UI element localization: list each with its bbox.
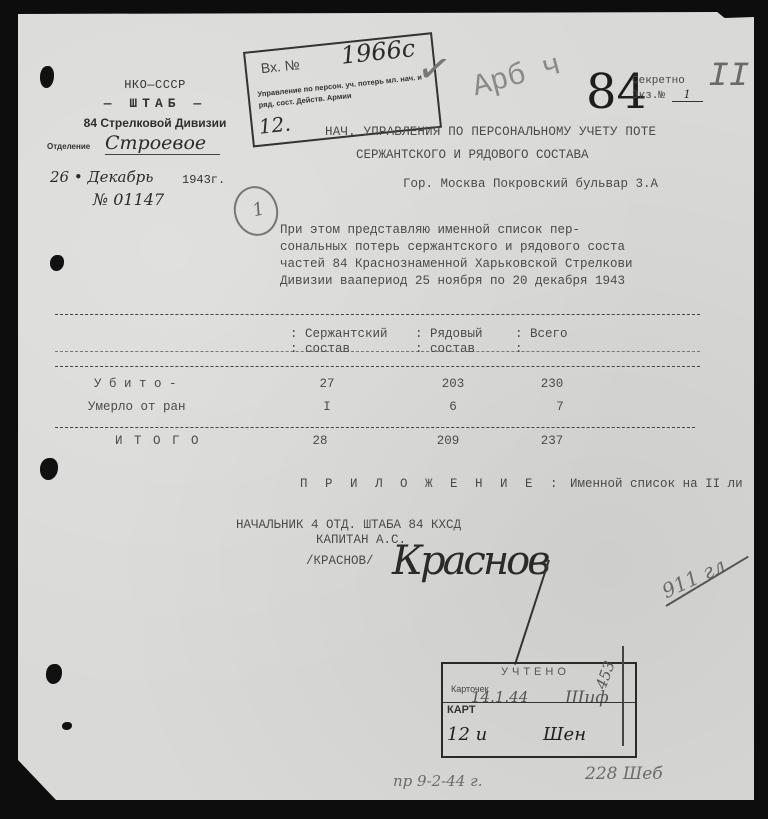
hq-label: — ШТАБ —	[55, 96, 255, 111]
column-header-privates: : Рядовый : состав	[415, 327, 483, 357]
column-header-total: : Всего :	[515, 327, 568, 357]
incoming-day: 12.	[258, 111, 292, 138]
row-label-killed: У б и т о -	[94, 377, 177, 391]
body-line: При этом представляю именной список пер-	[280, 222, 710, 239]
record-number: 12 и	[447, 724, 487, 745]
row-label-total: И Т О Г О	[115, 434, 201, 448]
body-line: Дивизии ваапериод 25 ноября по 20 декабр…	[280, 273, 710, 290]
roman-numeral: II	[704, 58, 753, 96]
addressee-line-1: НАЧ. УПРАВЛЕНИЯ ПО ПЕРСОНАЛЬНОМУ УЧЕТУ П…	[325, 125, 656, 139]
table-rule-top	[55, 314, 700, 315]
appendix: П Р И Л О Ж Е Н И Е : Именной список на …	[300, 477, 743, 491]
signatory-name: /КРАСНОВ/	[306, 554, 374, 568]
body-line: частей 84 Краснознаменной Харьковской Ст…	[280, 256, 710, 273]
circled-mark-text: 1	[250, 198, 266, 221]
folded-corner	[18, 760, 56, 800]
outgoing-number: № 01147	[93, 190, 164, 209]
signatory-title: НАЧАЛЬНИК 4 ОТД. ШТАБА 84 КХСД	[236, 518, 461, 532]
copy-label: Экз.№	[632, 90, 665, 102]
unit-label: 84 Стрелковой Дивизии	[55, 116, 255, 130]
copy-number: 1	[672, 88, 703, 102]
record-sign: Шен	[543, 724, 586, 745]
incoming-organization: Управление по персон. уч. потерь мл. нач…	[257, 70, 433, 110]
cell-total-privates: 209	[418, 434, 478, 448]
record-count: 453	[592, 658, 619, 691]
cell-total-total: 237	[522, 434, 582, 448]
cell-died-privates: 6	[423, 400, 483, 414]
table-rule-header-bottom	[55, 366, 700, 367]
cell-killed-sergeants: 27	[297, 377, 357, 391]
cell-died-sergeants: I	[297, 400, 357, 414]
record-initials: Шиф	[565, 688, 609, 708]
record-section: КАРТ	[447, 704, 476, 716]
cell-killed-privates: 203	[423, 377, 483, 391]
appendix-label: П Р И Л О Ж Е Н И Е :	[300, 477, 563, 491]
cell-killed-total: 230	[522, 377, 582, 391]
department-label: Отделение	[47, 142, 90, 151]
cell-died-total: 7	[530, 400, 590, 414]
record-stamp-edge	[622, 646, 624, 746]
record-divider	[443, 702, 635, 703]
date-handwritten: 26 • Декабрь	[50, 168, 153, 186]
row-label-died-of-wounds: Умерло от ран	[88, 400, 186, 414]
secrecy-block: Секретно Экз.№ 1	[632, 74, 703, 103]
column-header-sergeants: : Сержантский : состав	[290, 327, 388, 357]
addressee-line-3: Гор. Москва Покровский бульвар 3.А	[403, 177, 658, 191]
appendix-text: Именной список на II ли	[570, 477, 743, 491]
header-stamp: НКО—СССР — ШТАБ — 84 Стрелковой Дивизии	[55, 78, 255, 130]
department-value: Строевое	[105, 132, 220, 155]
secrecy-label: Секретно	[632, 74, 703, 88]
ministry-label: НКО—СССР	[55, 78, 255, 92]
record-date: 14.1.44	[471, 688, 528, 706]
signature: Краснов	[392, 538, 548, 584]
record-title: УЧТЕНО	[501, 666, 570, 678]
record-stamp: УЧТЕНО Карточек 14.1.44 453 Шиф КАРТ 12 …	[441, 662, 637, 758]
date-year: 1943г.	[182, 173, 225, 187]
table-rule-total	[55, 427, 695, 428]
incoming-label: Вх. №	[260, 56, 300, 76]
body-text: При этом представляю именной список пер-…	[280, 222, 710, 290]
footer-note-left: пр 9-2-44 г.	[393, 772, 482, 790]
body-line: сональных потерь сержантского и рядового…	[280, 239, 710, 256]
addressee-line-2: СЕРЖАНТСКОГО И РЯДОВОГО СОСТАВА	[356, 148, 589, 162]
footer-note-right: 228 Шеб	[585, 764, 663, 784]
cell-total-sergeants: 28	[290, 434, 350, 448]
